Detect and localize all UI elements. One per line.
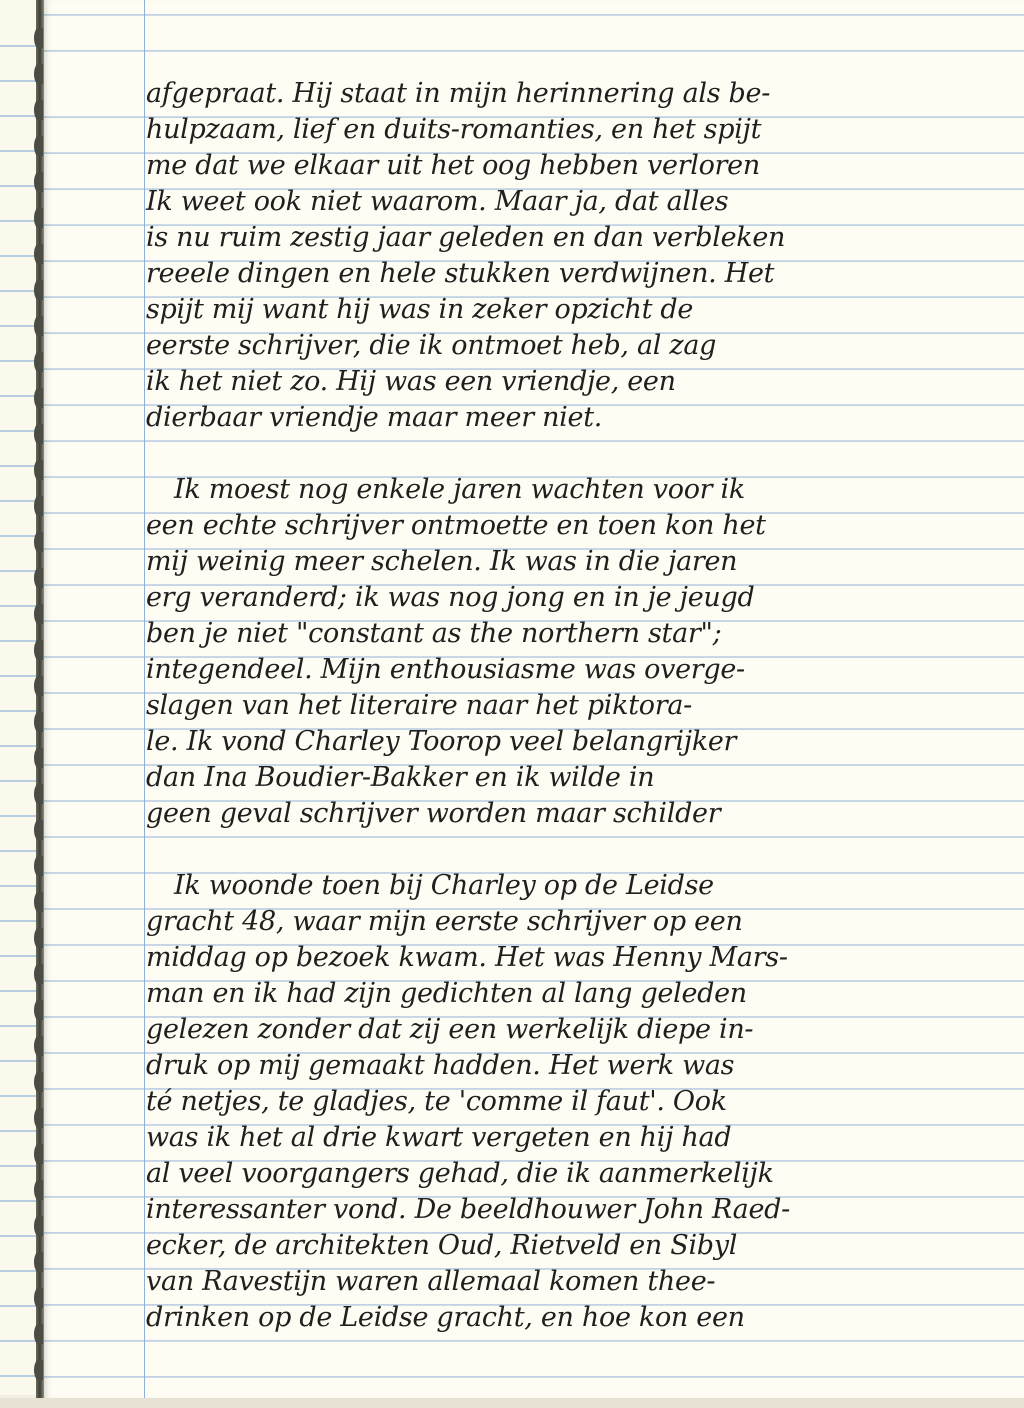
spiral-hole	[34, 280, 43, 300]
spiral-hole	[34, 712, 43, 732]
margin-line	[144, 0, 145, 1398]
text-line: me dat we elkaar uit het oog hebben verl…	[146, 148, 1016, 184]
spiral-hole	[34, 316, 43, 336]
spiral-hole	[34, 424, 43, 444]
spiral-hole	[34, 1180, 43, 1200]
spiral-hole	[34, 496, 43, 516]
text-line: een echte schrijver ontmoette en toen ko…	[146, 508, 1016, 544]
spiral-hole	[34, 928, 43, 948]
spiral-hole	[34, 1252, 43, 1272]
text-line: ben je niet "constant as the northern st…	[146, 616, 1016, 652]
spiral-hole	[34, 352, 43, 372]
text-line: dan Ina Boudier-Bakker en ik wilde in	[146, 760, 1016, 796]
text-line: was ik het al drie kwart vergeten en hij…	[146, 1120, 1016, 1156]
paragraph: afgepraat. Hij staat in mijn herinnering…	[146, 76, 1016, 436]
spiral-hole	[34, 676, 43, 696]
spiral-hole	[34, 1000, 43, 1020]
text-line: erg veranderd; ik was nog jong en in je …	[146, 580, 1016, 616]
spiral-hole	[34, 208, 43, 228]
spiral-hole	[34, 1144, 43, 1164]
page-bottom-edge	[0, 1398, 1024, 1408]
text-line: van Ravestijn waren allemaal komen thee-	[146, 1264, 1016, 1300]
spiral-hole	[34, 1108, 43, 1128]
text-line: hulpzaam, lief en duits-romanties, en he…	[146, 112, 1016, 148]
blank-line	[146, 436, 1016, 472]
spiral-hole	[34, 28, 43, 48]
text-line: interessanter vond. De beeldhouwer John …	[146, 1192, 1016, 1228]
text-line: gelezen zonder dat zij een werkelijk die…	[146, 1012, 1016, 1048]
text-line: té netjes, te gladjes, te 'comme il faut…	[146, 1084, 1016, 1120]
spiral-hole	[34, 892, 43, 912]
spiral-hole	[34, 1360, 43, 1380]
text-line: Ik woonde toen bij Charley op de Leidse	[146, 868, 1016, 904]
text-line: gracht 48, waar mijn eerste schrijver op…	[146, 904, 1016, 940]
text-line: spijt mij want hij was in zeker opzicht …	[146, 292, 1016, 328]
text-line: druk op mij gemaakt hadden. Het werk was	[146, 1048, 1016, 1084]
spiral-hole	[34, 964, 43, 984]
paragraph: Ik moest nog enkele jaren wachten voor i…	[146, 472, 1016, 832]
spiral-hole	[34, 172, 43, 192]
text-line: middag op bezoek kwam. Het was Henny Mar…	[146, 940, 1016, 976]
blank-line	[146, 832, 1016, 868]
spiral-hole	[34, 1324, 43, 1344]
text-line: dierbaar vriendje maar meer niet.	[146, 400, 1016, 436]
spiral-hole	[34, 604, 43, 624]
spiral-hole	[34, 640, 43, 660]
text-line: is nu ruim zestig jaar geleden en dan ve…	[146, 220, 1016, 256]
spiral-hole	[34, 748, 43, 768]
text-line: slagen van het literaire naar het piktor…	[146, 688, 1016, 724]
text-line: mij weinig meer schelen. Ik was in die j…	[146, 544, 1016, 580]
spiral-hole	[34, 820, 43, 840]
spiral-hole	[34, 100, 43, 120]
text-line: man en ik had zijn gedichten al lang gel…	[146, 976, 1016, 1012]
spiral-hole	[34, 1036, 43, 1056]
text-line: al veel voorgangers gehad, die ik aanmer…	[146, 1156, 1016, 1192]
spiral-hole	[34, 1072, 43, 1092]
text-line: Ik moest nog enkele jaren wachten voor i…	[146, 472, 1016, 508]
spiral-hole	[34, 460, 43, 480]
spiral-hole	[34, 856, 43, 876]
paragraph: Ik woonde toen bij Charley op de Leidse …	[146, 868, 1016, 1336]
text-line: eerste schrijver, die ik ontmoet heb, al…	[146, 328, 1016, 364]
spiral-hole	[34, 136, 43, 156]
spiral-hole	[34, 568, 43, 588]
text-line: Ik weet ook niet waarom. Maar ja, dat al…	[146, 184, 1016, 220]
text-line: integendeel. Mijn enthousiasme was overg…	[146, 652, 1016, 688]
spiral-hole	[34, 1288, 43, 1308]
spiral-hole	[34, 244, 43, 264]
spiral-hole	[34, 784, 43, 804]
text-line: ecker, de architekten Oud, Rietveld en S…	[146, 1228, 1016, 1264]
text-line: reeele dingen en hele stukken verdwijnen…	[146, 256, 1016, 292]
spiral-hole	[34, 64, 43, 84]
text-line: geen geval schrijver worden maar schilde…	[146, 796, 1016, 832]
handwritten-text: afgepraat. Hij staat in mijn herinnering…	[146, 76, 1016, 1336]
text-line: ik het niet zo. Hij was een vriendje, ee…	[146, 364, 1016, 400]
text-line: le. Ik vond Charley Toorop veel belangri…	[146, 724, 1016, 760]
text-line: afgepraat. Hij staat in mijn herinnering…	[146, 76, 1016, 112]
spiral-hole	[34, 388, 43, 408]
text-line: drinken op de Leidse gracht, en hoe kon …	[146, 1300, 1016, 1336]
spiral-hole	[34, 1216, 43, 1236]
spiral-hole	[34, 532, 43, 552]
